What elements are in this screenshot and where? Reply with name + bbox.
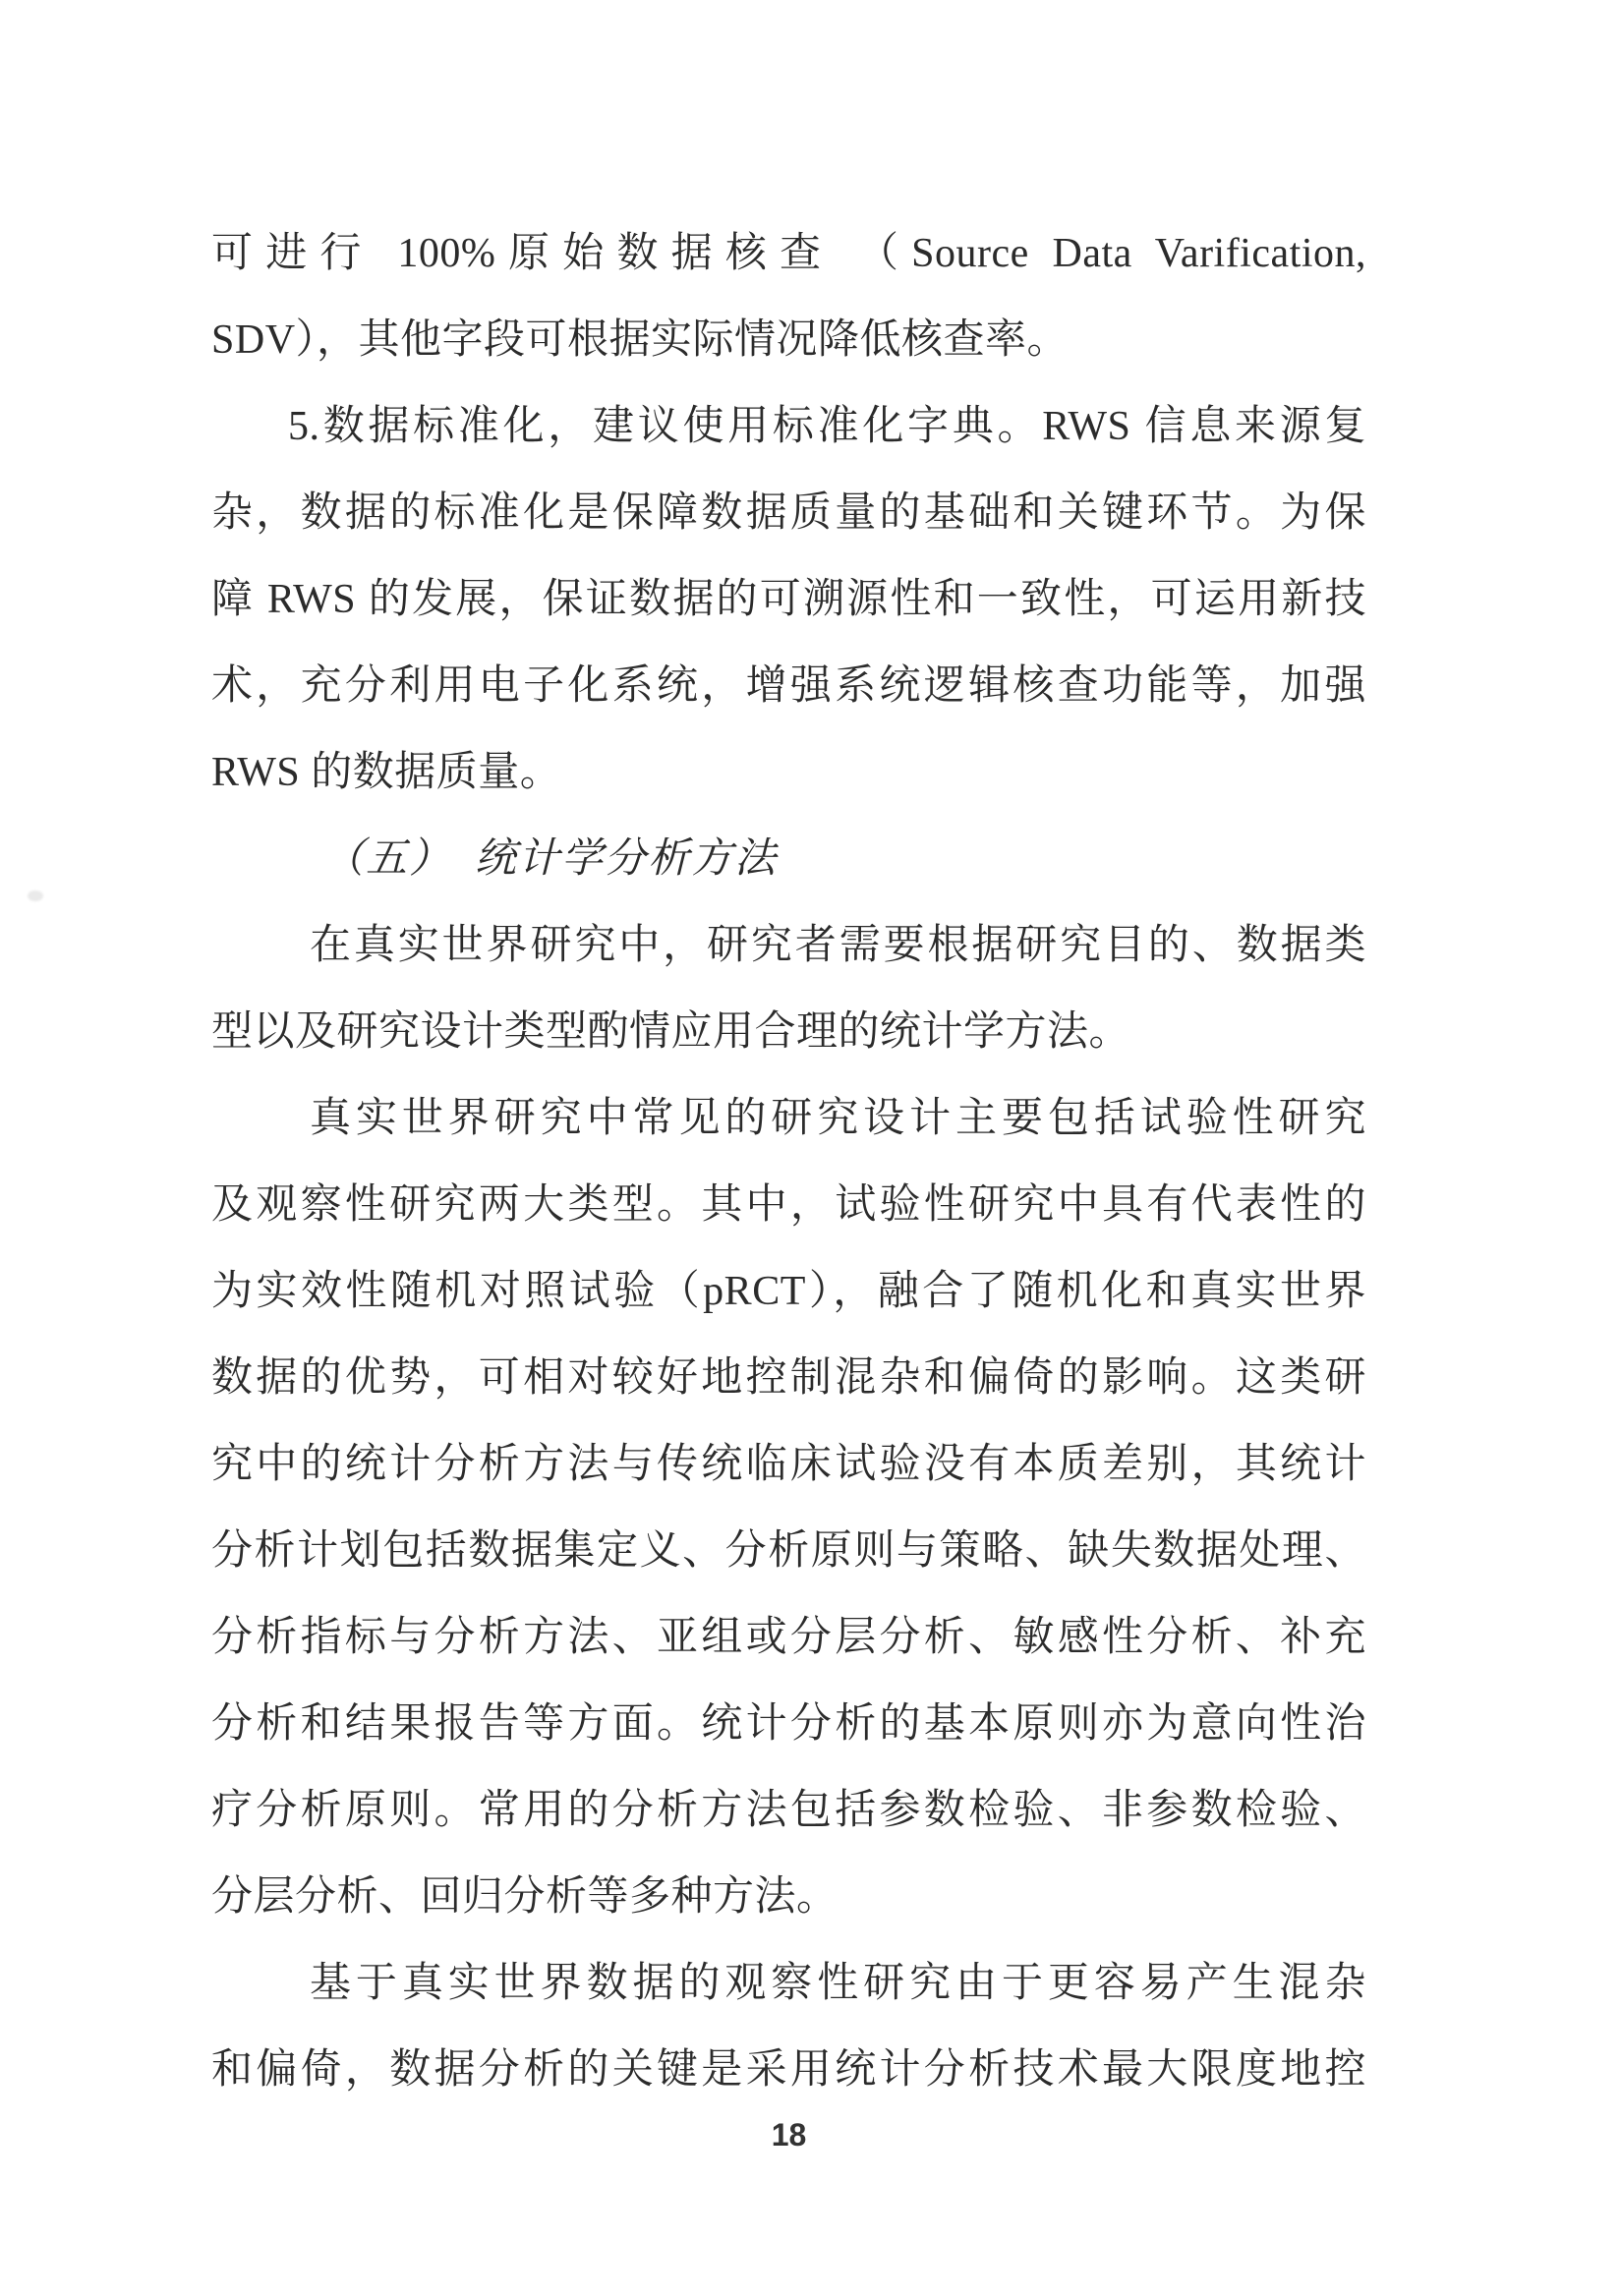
body-line: 疗分析原则。常用的分析方法包括参数检验、非参数检验、 [211, 1767, 1366, 1854]
body-line: 分析指标与分析方法、亚组或分层分析、敏感性分析、补充 [211, 1594, 1366, 1681]
body-line: 杂，数据的标准化是保障数据质量的基础和关键环节。为保 [211, 470, 1366, 556]
text-block: 可进行 100%原始数据核查 （Source Data Varification… [211, 210, 1366, 2113]
body-line: SDV），其他字段可根据实际情况降低核查率。 [211, 297, 1366, 383]
body-line: 术，充分利用电子化系统，增强系统逻辑核查功能等，加强 [211, 643, 1366, 729]
body-line: 分层分析、回归分析等多种方法。 [211, 1854, 1366, 1940]
body-line: 数据的优势，可相对较好地控制混杂和偏倚的影响。这类研 [211, 1335, 1366, 1421]
body-line: 分析和结果报告等方面。统计分析的基本原则亦为意向性治 [211, 1681, 1366, 1767]
body-line: 分析计划包括数据集定义、分析原则与策略、缺失数据处理、 [211, 1508, 1366, 1594]
body-line: 真实世界研究中常见的研究设计主要包括试验性研究 [211, 1075, 1366, 1162]
body-line: 可进行 100%原始数据核查 （Source Data Varification… [211, 210, 1366, 297]
body-line: 及观察性研究两大类型。其中，试验性研究中具有代表性的 [211, 1162, 1366, 1248]
body-line: RWS 的数据质量。 [211, 729, 1366, 816]
section-heading: （五） 统计学分析方法 [211, 816, 1366, 902]
body-line: 障 RWS 的发展，保证数据的可溯源性和一致性，可运用新技 [211, 556, 1366, 643]
scan-artifact [28, 890, 43, 901]
body-line: 5.数据标准化，建议使用标准化字典。RWS 信息来源复 [211, 383, 1366, 470]
body-line: 型以及研究设计类型酌情应用合理的统计学方法。 [211, 989, 1366, 1075]
document-page: 可进行 100%原始数据核查 （Source Data Varification… [0, 0, 1620, 2296]
body-line: 基于真实世界数据的观察性研究由于更容易产生混杂 [211, 1940, 1366, 2027]
body-line: 究中的统计分析方法与传统临床试验没有本质差别，其统计 [211, 1421, 1366, 1508]
body-line: 在真实世界研究中，研究者需要根据研究目的、数据类 [211, 902, 1366, 989]
body-line: 和偏倚，数据分析的关键是采用统计分析技术最大限度地控 [211, 2027, 1366, 2113]
page-number: 18 [211, 2111, 1366, 2158]
body-line: 为实效性随机对照试验（pRCT），融合了随机化和真实世界 [211, 1248, 1366, 1335]
